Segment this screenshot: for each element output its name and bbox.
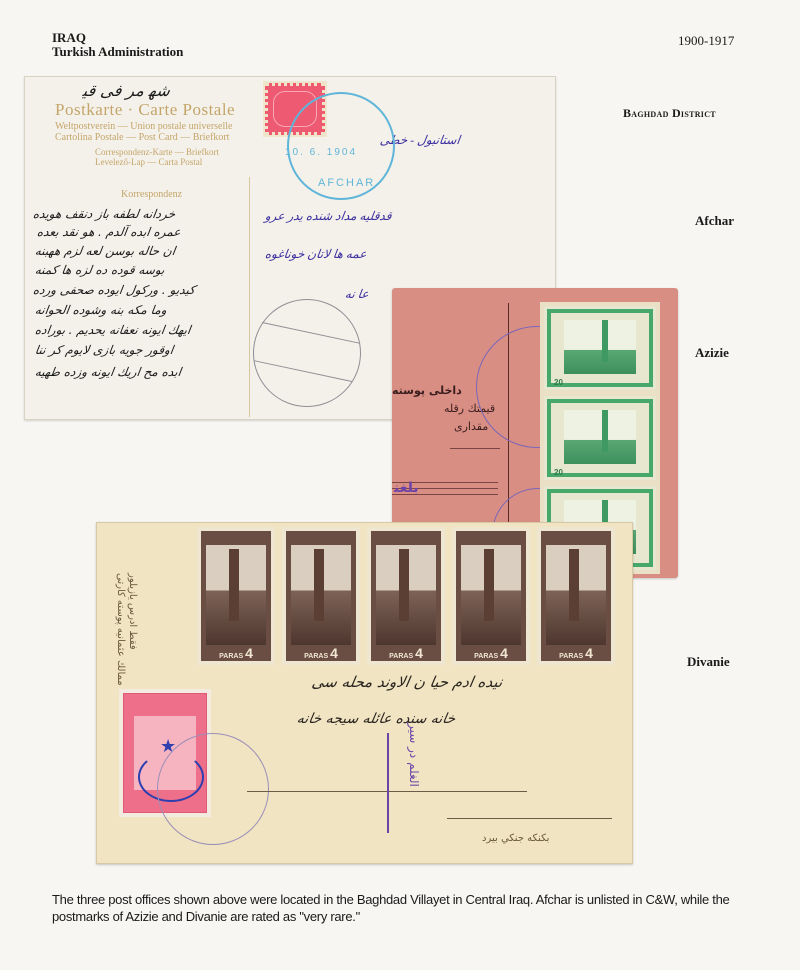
address-rule	[447, 818, 612, 819]
handwriting-line: ﻭﻣﺎ ﻣﻜﻪ ﺑﻨﻪ ﻭﺷﻮﺩﻩ ﺍﻟﺤﻮﺍﻧﻪ	[34, 303, 168, 317]
brown-stamp: PARAS 4	[197, 527, 275, 665]
printed-vertical-text: ﻓﻘﻂ ﺍﺩﺭﺱ ﻳﺎﺯﻳﻠﻮﺭ	[127, 573, 138, 693]
brown-stamp: PARAS 4	[537, 527, 615, 665]
brown-stamp: PARAS 4	[282, 527, 360, 665]
printed-imprint: بكنكه جنكي بيرد	[482, 833, 549, 844]
form-label: داخلی پوسته	[392, 384, 462, 397]
green-stamp: 20	[540, 392, 660, 484]
printed-vertical-text: ﻣﻤﺎﻟﻚ ﻋﺜﻤﺎﻧﻴﻪ ﭘﻮﺳﺘﻪ ﻛﺎﺭﺗﻰ	[115, 573, 126, 693]
postcard-printed-title: Postkarte · Carte Postale	[55, 100, 235, 120]
handwriting-line: ﺑﻮﺳﻪ ﻗﻮﺩﻩ ﺩﻩ ﻟﺰﻩ ﻫﺎ ﻛﻤﻨﻪ	[34, 263, 166, 277]
divanie-postmark	[157, 733, 269, 845]
address-line: خانه سنده عائله سیجه خانه	[296, 711, 457, 727]
postcard-printed-line: Weltpostverein — Union postale universel…	[55, 121, 233, 132]
address-line: ﻗﺪﻗﻠﻴﻪ ﻣﺪﺍﺩ ﺷﻨﺪﻩ ﻳﺪﺭ ﻋﺮﻭ	[264, 209, 393, 224]
form-label: مقداری	[454, 420, 488, 433]
office-label-afchar: Afchar	[695, 213, 734, 229]
form-rule	[450, 448, 500, 449]
address-line: ﻋﻤﻪ ﻫﺎ ﻟﺎﺗﺎﻥ ﺧﻮﻧﺎﻏﻮﻩ	[264, 247, 368, 262]
address-line: نیده ادم حیا ن الاوند محله سی	[310, 673, 504, 691]
office-label-divanie: Divanie	[687, 654, 730, 670]
brown-stamp: PARAS 4	[367, 527, 445, 665]
brown-stamp: PARAS 4	[452, 527, 530, 665]
purple-handwriting: ﺍﻟﻐﻠﻢ ﺩﺭ ﺳﻴﺮ	[407, 723, 421, 787]
office-label-azizie: Azizie	[695, 345, 729, 361]
handwriting-line: ﺍﻭﻗﻮﺭ ﺟﻮﻳﻪ ﺑﺎﺯﻯ ﻟﺎﻳﻮﻡ ﻛﺮ ﻧﻨﺎ	[34, 343, 174, 357]
page-caption: The three post offices shown above were …	[52, 891, 752, 925]
divanie-postcard: ﻣﻤﺎﻟﻚ ﻋﺜﻤﺎﻧﻴﻪ ﭘﻮﺳﺘﻪ ﻛﺎﺭﺗﻰ ﻓﻘﻂ ﺍﺩﺭﺱ ﻳﺎﺯﻳﻠ…	[96, 522, 633, 864]
postcard-printed-line: Cartolina Postale — Post Card — Briefkor…	[55, 132, 229, 143]
handwriting-line: ﺍﺑﺪﻩ ﻣﺢ ﺍﺭﻳﻚ ﺍﻳﻮﻧﻪ ﻭﺯﺩﻩ ﻃﻬﻴﻪ	[34, 365, 182, 379]
handwriting-line: ﺍﻥ ﺣﺎﻟﻪ ﺑﻮﺳﻦ ﻟﻌﻪ ﻟﺰﻡ ﻫﻬﺒﻨﻪ	[34, 244, 176, 258]
handwritten-note: ﺑﻠﻐﻨ	[394, 480, 419, 496]
district-heading: Baghdad District	[623, 106, 716, 121]
page-title: IRAQ	[52, 30, 86, 45]
korrespondenz-label: Korrespondenz	[121, 189, 182, 200]
handwriting-line: ﺧﺮﺩﺍﻧﻪ ﻟﻄﻔﻪ ﺑﺎﺯ ﺩﻧﻘﻒ ﻫﻮﻳﺪﻩ	[32, 207, 176, 221]
handwriting-line: ﻛﻴﺪﻳﻮ . ﻭﺭﻛﻮﻝ ﺍﻳﻮﺩﻩ ﺻﺤﻔﻰ ﻭﺭﺩﻩ	[32, 283, 196, 297]
green-stamp: 20	[540, 302, 660, 394]
page-subtitle: Turkish Administration	[52, 44, 183, 59]
address-line: ﻋﺎ ﻧﻪ	[344, 287, 370, 302]
date-range: 1900-1917	[678, 33, 734, 49]
handwriting-line: ﺍﻳﻬﻚ ﺍﻳﻮﻧﻪ ﻧﻌﻔﺎﻧﻪ ﻳﺤﺪﻳﻢ . ﺑﻮﺭﺍﺩﻩ	[34, 323, 191, 337]
handwriting-line: ﻋﻤﺮﻩ ﺍﺑﺪﻩ ﺁﻟﺪﻡ . ﻫﻮ ﻧﻘﺪ ﺑﻌﺪﻩ	[36, 225, 182, 239]
purple-handwriting	[387, 733, 399, 833]
postmark-date: 10. 6. 1904	[285, 147, 357, 158]
postmark-town: AFCHAR	[318, 177, 375, 189]
handwriting-scribble: ﺷﻬ ﻣﺮ ﻓﯽ ﻗﯿ	[82, 81, 172, 100]
postcard-printed-line: Levelező-Lap — Carta Postal	[95, 157, 202, 168]
postcard-divider	[249, 177, 250, 417]
